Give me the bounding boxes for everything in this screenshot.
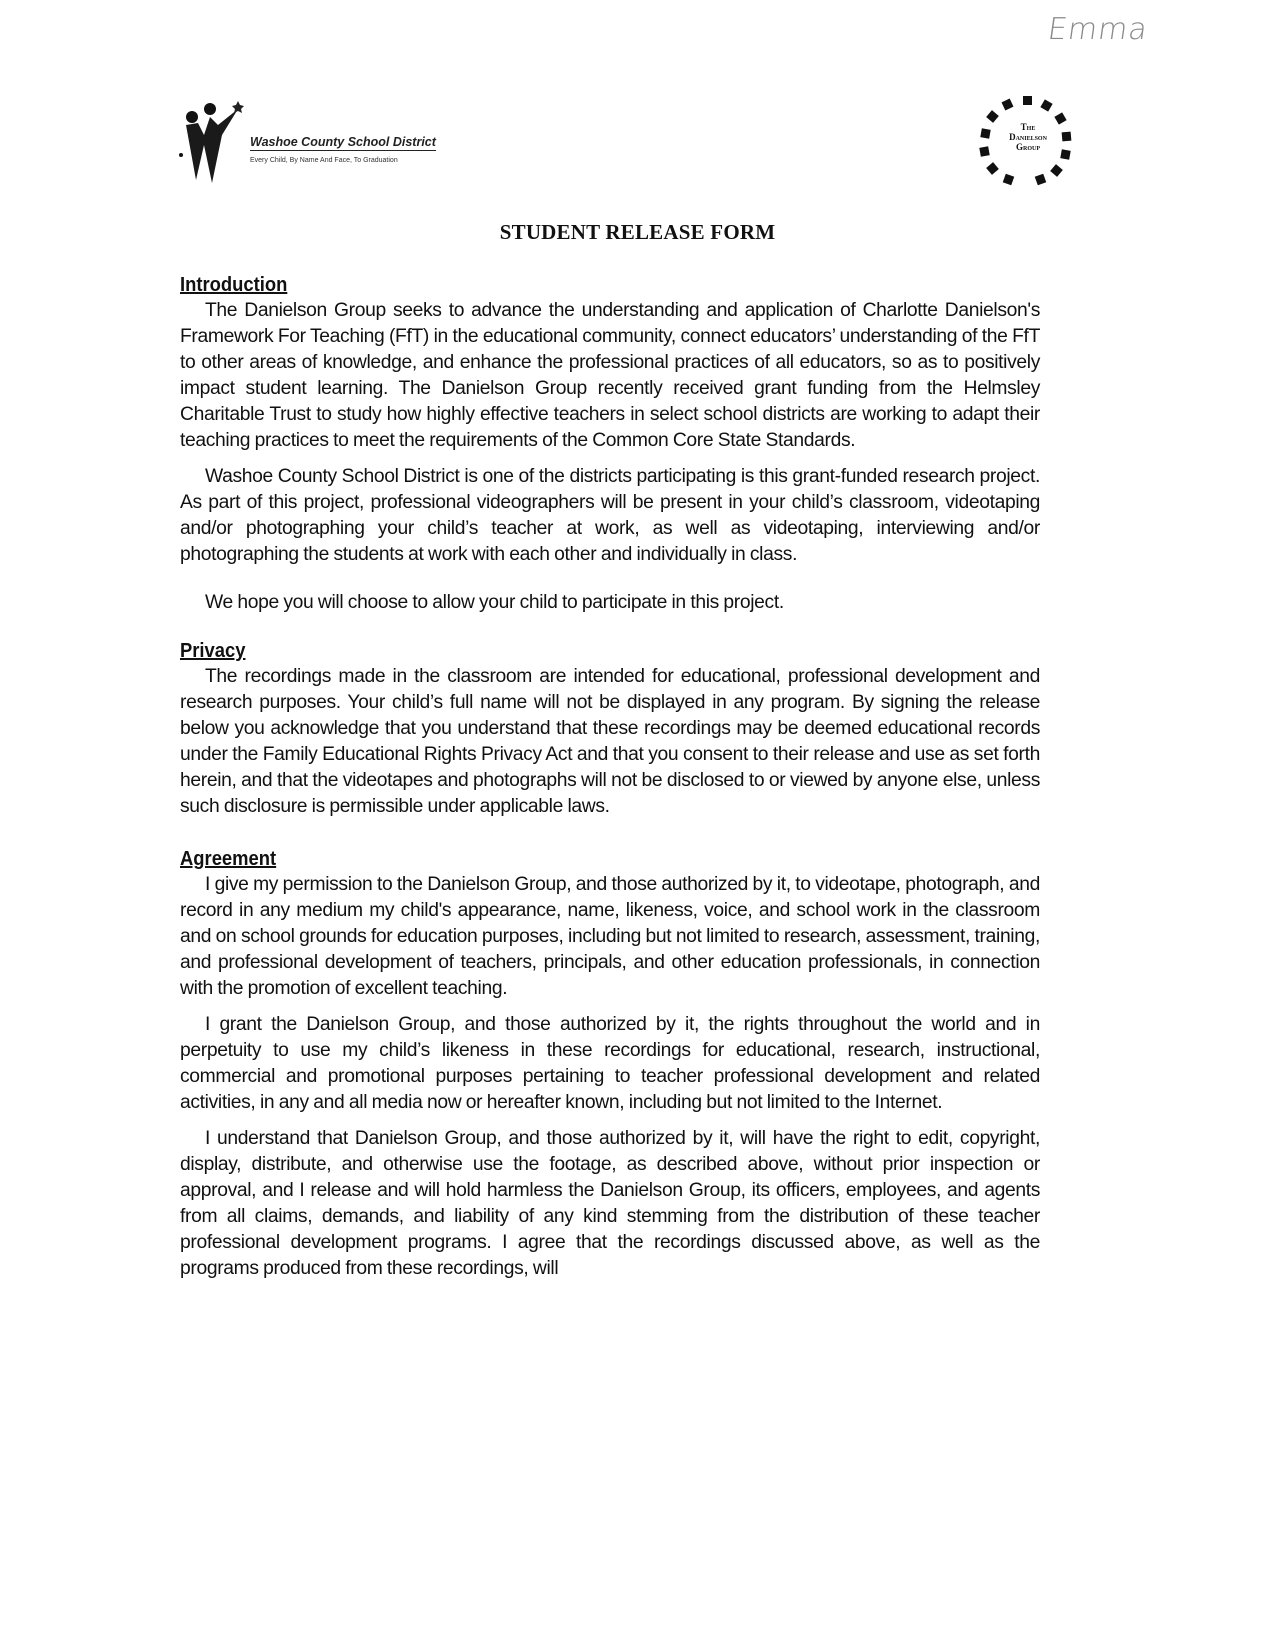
agreement-paragraph-2: I grant the Danielson Group, and those a…	[180, 1012, 1040, 1116]
danielson-group-logo: The Danielson Group	[978, 92, 1078, 192]
handwritten-name-annotation: Emma	[1046, 12, 1151, 47]
washoe-county-school-district-logo: Washoe County School District Every Chil…	[178, 95, 438, 195]
section-heading-introduction: Introduction	[180, 272, 971, 298]
district-name: Washoe County School District	[250, 135, 436, 151]
danielson-group-wordmark: The Danielson Group	[978, 122, 1078, 152]
agreement-paragraph-3: I understand that Danielson Group, and t…	[180, 1126, 1040, 1282]
intro-paragraph-2: Washoe County School District is one of …	[180, 464, 1040, 568]
document-title: STUDENT RELEASE FORM	[0, 220, 1275, 245]
document-body: Introduction The Danielson Group seeks t…	[180, 272, 1040, 1282]
section-heading-agreement: Agreement	[180, 846, 971, 872]
privacy-paragraph: The recordings made in the classroom are…	[180, 664, 1040, 820]
intro-paragraph-3: We hope you will choose to allow your ch…	[180, 590, 1040, 616]
intro-paragraph-1: The Danielson Group seeks to advance the…	[180, 298, 1040, 454]
students-figure-icon	[178, 95, 248, 195]
section-heading-privacy: Privacy	[180, 638, 971, 664]
agreement-paragraph-1: I give my permission to the Danielson Gr…	[180, 872, 1040, 1002]
district-tagline: Every Child, By Name And Face, To Gradua…	[250, 157, 398, 164]
